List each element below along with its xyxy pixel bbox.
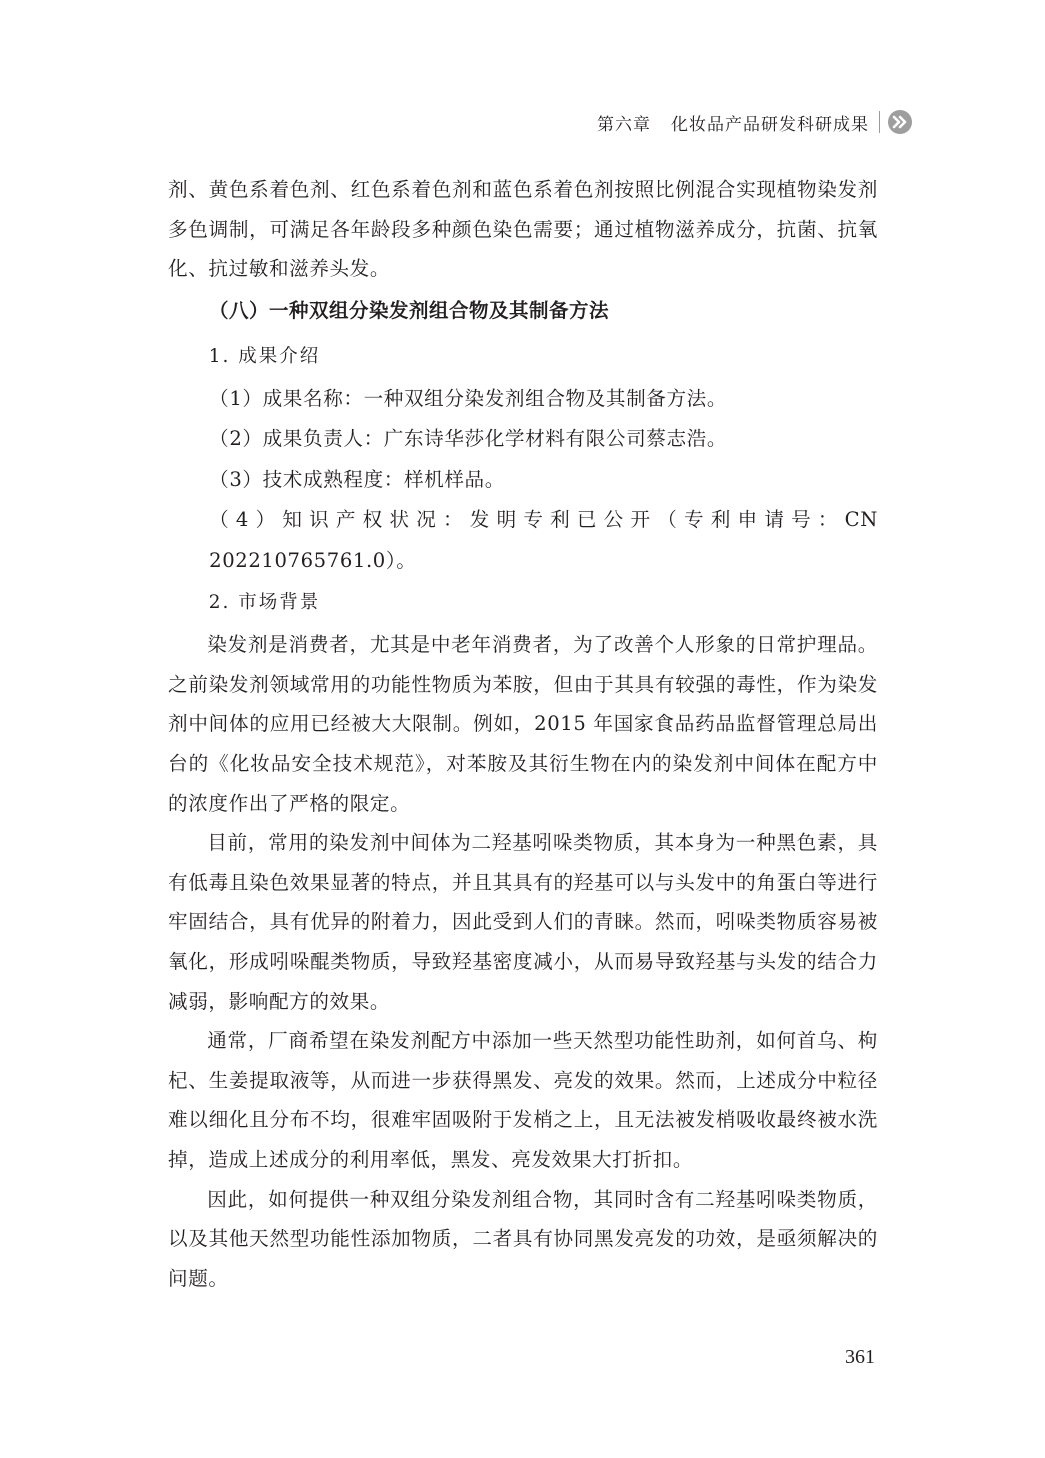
body-paragraph: 染发剂是消费者，尤其是中老年消费者，为了改善个人形象的日常护理品。之前染发剂领域… (168, 625, 878, 823)
body-paragraph: 通常，厂商希望在染发剂配方中添加一些天然型功能性助剂，如何首乌、枸杞、生姜提取液… (168, 1021, 878, 1179)
subsection-heading-market-background: 2. 市场背景 (168, 581, 878, 625)
page-content: 剂、黄色系着色剂、红色系着色剂和蓝色系着色剂按照比例混合实现植物染发剂多色调制，… (168, 170, 878, 1298)
body-paragraph: 因此，如何提供一种双组分染发剂组合物，其同时含有二羟基吲哚类物质，以及其他天然型… (168, 1180, 878, 1299)
continuation-paragraph: 剂、黄色系着色剂、红色系着色剂和蓝色系着色剂按照比例混合实现植物染发剂多色调制，… (168, 170, 878, 289)
section-heading: （八）一种双组分染发剂组合物及其制备方法 (168, 291, 878, 331)
chapter-title: 化妆品产品研发科研成果 (671, 110, 869, 135)
body-paragraph: 目前，常用的染发剂中间体为二羟基吲哚类物质，其本身为一种黑色素，具有低毒且染色效… (168, 823, 878, 1021)
list-item: （1）成果名称：一种双组分染发剂组合物及其制备方法。 (168, 379, 878, 420)
header-divider (879, 111, 880, 133)
list-item: （4）知识产权状况：发明专利已公开（专利申请号：CN 202210765761.… (168, 500, 878, 581)
list-item: （2）成果负责人：广东诗华莎化学材料有限公司蔡志浩。 (168, 419, 878, 460)
page-number: 361 (845, 1346, 875, 1369)
double-chevron-right-icon (888, 110, 912, 134)
chapter-number: 第六章 (597, 110, 651, 135)
running-header: 第六章 化妆品产品研发科研成果 (597, 106, 912, 138)
subsection-heading-achievement-intro: 1. 成果介绍 (168, 335, 878, 379)
list-item: （3）技术成熟程度：样机样品。 (168, 460, 878, 501)
